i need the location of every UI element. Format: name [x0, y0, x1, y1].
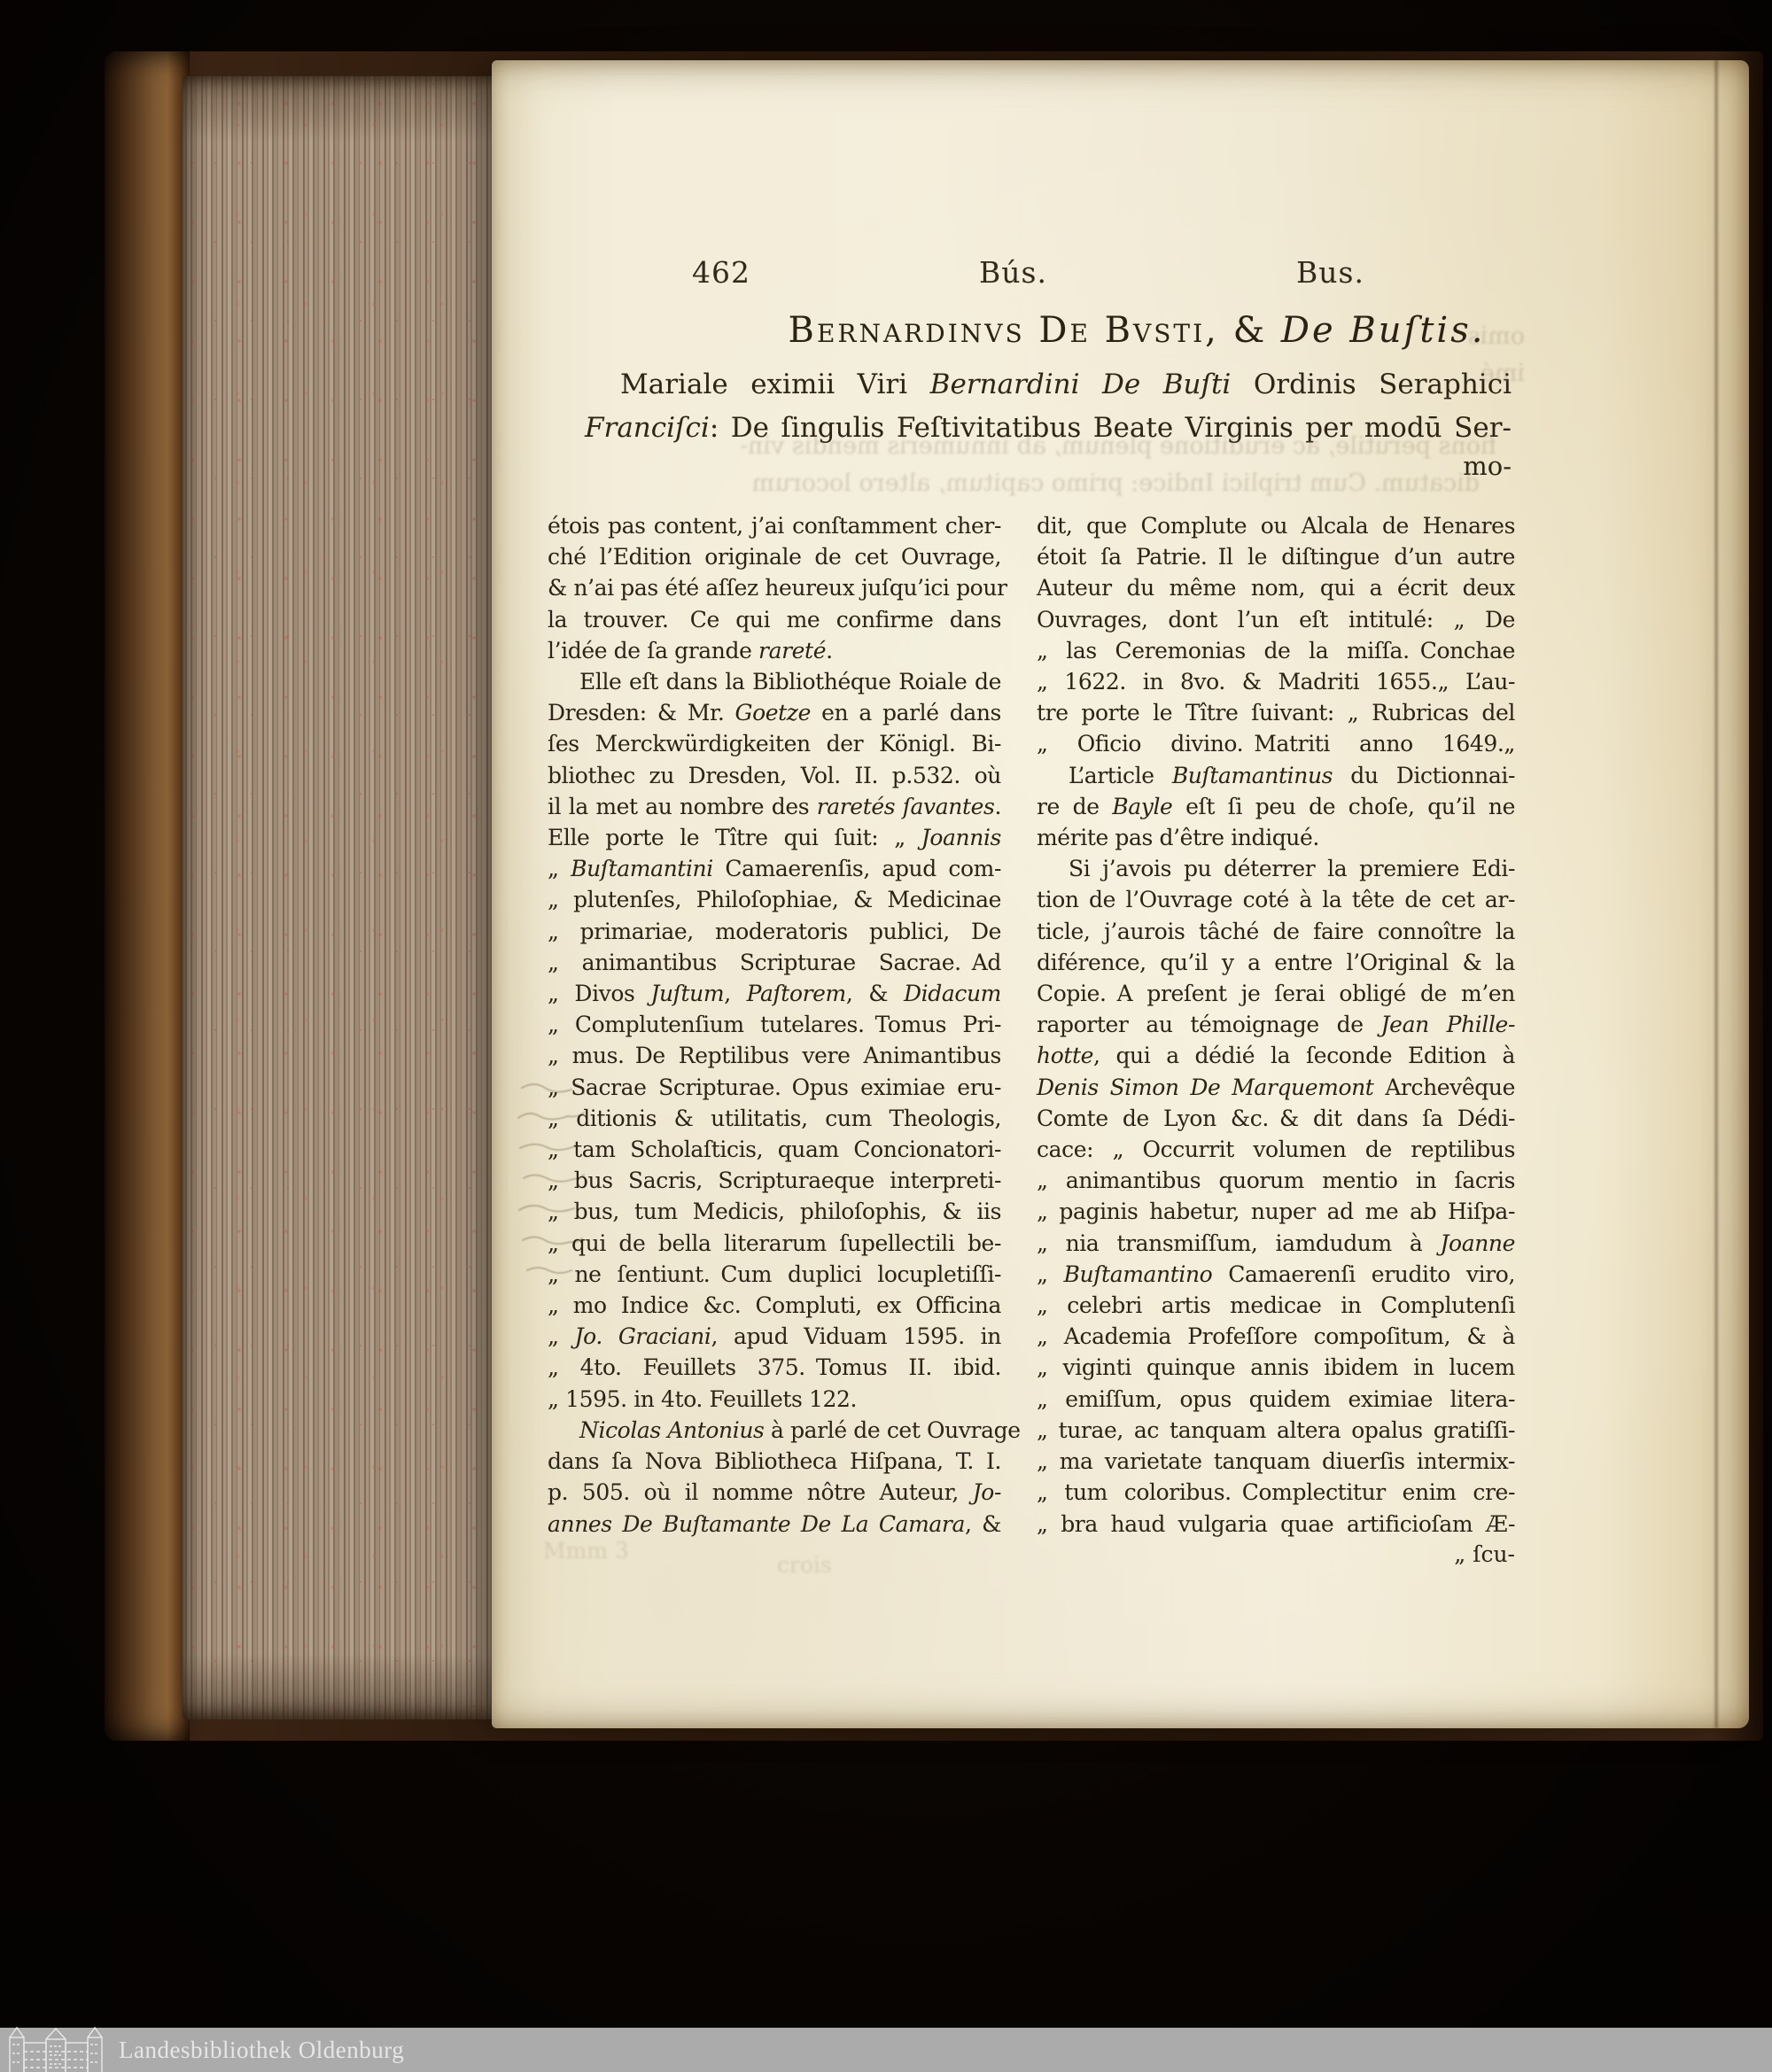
text-line: „ ma varietate tanquam diuerſis intermix…: [1037, 1446, 1515, 1477]
text-line: ſes Merckwürdigkeiten der Königl. Bi-: [548, 728, 1001, 759]
text-line: dit, que Complute ou Alcala de Henares: [1037, 510, 1515, 541]
text-segment: du Dictionnai-: [1333, 763, 1515, 788]
text-line: „ 4to. Feuillets 375. Tomus II. ibid.: [548, 1352, 1001, 1383]
catchword: „ ſcu-: [1037, 1541, 1515, 1567]
text-segment: cace: „ Occurrit volumen de reptilibus: [1037, 1137, 1515, 1162]
text-segment: bliothec zu Dresden, Vol. II. p.532. où: [548, 763, 1001, 788]
text-segment: tion de l’Ouvrage coté à la tête de cet …: [1037, 887, 1515, 912]
text-segment: hotte: [1037, 1043, 1093, 1068]
text-line: étois pas content, j’ai conſtamment cher…: [548, 510, 1001, 541]
text-segment: Copie. A preſent je ſerai obligé de m’en: [1037, 981, 1515, 1006]
text-line: „ nia transmiſſum, iamdudum à Joanne: [1037, 1228, 1515, 1259]
text-line: „ Sacrae Scripturae. Opus eximiae eru-: [548, 1072, 1001, 1103]
text-segment: Elle porte le Tître qui ſuit: „: [548, 825, 921, 850]
text-line: cace: „ Occurrit volumen de reptilibus: [1037, 1134, 1515, 1165]
text-segment: Paſtorem: [747, 981, 846, 1006]
text-segment: à parlé de cet Ouvrage: [764, 1417, 1020, 1443]
text-segment: étois pas content, j’ai conſtamment cher…: [548, 513, 1001, 539]
text-segment: „ mus. De Reptilibus vere Animantibus: [548, 1043, 1001, 1068]
photo-backdrop: 462 Bús. Bus. Bernardinvs De Bvsti, & De…: [0, 0, 1772, 2072]
text-segment: „ 1622. in 8vo. & Madriti 1655.„ L’au-: [1037, 669, 1515, 695]
page-number: 462: [692, 255, 750, 290]
text-segment: Auteur du même nom, qui a écrit deux: [1037, 575, 1515, 601]
text-line: Denis Simon De Marquemont Archevêque: [1037, 1072, 1515, 1103]
text-line: Comte de Lyon &c. & dit dans ſa Dédi-: [1037, 1103, 1515, 1134]
text-segment: „ tum coloribus. Complectitur enim cre-: [1037, 1479, 1515, 1505]
text-line: „ viginti quinque annis ibidem in lucem: [1037, 1352, 1515, 1383]
text-segment: Jo. Graciani: [575, 1323, 711, 1349]
text-line: „ plutenſes, Philoſophiae, & Medicinae: [548, 884, 1001, 915]
text-segment: , &: [846, 981, 904, 1006]
text-line: annes De Buſtamante De La Camara, &: [548, 1509, 1001, 1540]
text-line: Dresden: & Mr. Goetze en a parlé dans: [548, 697, 1001, 728]
text-line: „ bus, tum Medicis, philoſophis, & iis: [548, 1196, 1001, 1227]
text-segment: „ Complutenſium tutelares. Tomus Pri-: [548, 1012, 1001, 1037]
text-segment: Jo-: [973, 1479, 1001, 1505]
text-line: raporter au témoignage de Jean Phille-: [1037, 1009, 1515, 1040]
text-line: p. 505. où il nomme nôtre Auteur, Jo-: [548, 1477, 1001, 1508]
text-line: étoit ſa Patrie. Il le diſtingue d’un au…: [1037, 541, 1515, 572]
text-segment: „ Oficio divino. Matriti anno 1649.„: [1037, 731, 1515, 757]
running-head-left: Bús.: [979, 255, 1047, 290]
text-line: Elle porte le Tître qui ſuit: „ Joannis: [548, 822, 1001, 853]
text-line: „ primariae, moderatoris publici, De: [548, 916, 1001, 947]
text-line: „ Buſtamantini Camaerenſis, apud com-: [548, 853, 1001, 884]
text-line: Copie. A preſent je ſerai obligé de m’en: [1037, 978, 1515, 1009]
showthrough-text: Mmm 3: [543, 1538, 694, 1564]
text-segment: Jean Phille-: [1381, 1012, 1515, 1037]
text-segment: „ bus, tum Medicis, philoſophis, & iis: [548, 1199, 1001, 1224]
text-segment: „ animantibus Scripturae Sacrae. Ad: [548, 950, 1001, 975]
text-segment: „ las Ceremonias de la miſſa. Conchae: [1037, 638, 1515, 664]
running-head-right: Bus.: [1296, 255, 1364, 290]
text-segment: „ tam Scholaſticis, quam Concionatori-: [548, 1137, 1001, 1162]
text-segment: rareté: [758, 638, 826, 664]
text-segment: „ ma varietate tanquam diuerſis intermix…: [1037, 1448, 1515, 1474]
showthrough-text: fions perutile, ac eruditione plenum, ab…: [556, 432, 1496, 460]
text-segment: ché l’Edition originale de cet Ouvrage,: [548, 544, 1001, 570]
text-segment: „ mo Indice &c. Compluti, ex Officina: [548, 1292, 1001, 1318]
text-segment: tre porte le Tître ſuivant: „ Rubricas d…: [1037, 700, 1515, 726]
text-line: „ 1595. in 4to. Feuillets 122.: [548, 1384, 1001, 1415]
text-segment: „: [548, 1323, 575, 1349]
text-segment: L’article: [1069, 763, 1172, 788]
text-line: „ ditionis & utilitatis, cum Theologis,: [548, 1103, 1001, 1134]
text-segment: re de: [1037, 794, 1112, 819]
text-segment: Goetze: [735, 700, 811, 726]
book-page: 462 Bús. Bus. Bernardinvs De Bvsti, & De…: [492, 60, 1749, 1728]
text-line: L’article Buſtamantinus du Dictionnai-: [1037, 760, 1515, 791]
text-segment: Comte de Lyon &c. & dit dans ſa Dédi-: [1037, 1106, 1515, 1131]
text-segment: , qui a dédié la ſeconde Edition à: [1093, 1043, 1515, 1068]
text-segment: „: [1037, 1261, 1064, 1287]
text-segment: diférence, qu’il y a entre l’Original & …: [1037, 950, 1515, 975]
text-line: l’idée de ſa grande rareté.: [548, 635, 1001, 666]
text-line: „ Divos Juſtum, Paſtorem, & Didacum: [548, 978, 1001, 1009]
text-line: „ Oficio divino. Matriti anno 1649.„: [1037, 728, 1515, 759]
text-line: la trouver. Ce qui me confirme dans: [548, 604, 1001, 635]
text-segment: „ plutenſes, Philoſophiae, & Medicinae: [548, 887, 1001, 912]
text-segment: „ viginti quinque annis ibidem in lucem: [1037, 1354, 1515, 1380]
text-line: Ouvrages, dont l’un eſt intitulé: „ De: [1037, 604, 1515, 635]
text-line: „ tum coloribus. Complectitur enim cre-: [1037, 1477, 1515, 1508]
text-segment: eſt ſi peu de choſe, qu’il ne: [1172, 794, 1515, 819]
text-segment: Juſtum: [650, 981, 724, 1006]
text-segment: & n’ai pas été aſſez heureux juſqu’ici p…: [548, 575, 1007, 601]
text-segment: Ouvrages, dont l’un eſt intitulé: „ De: [1037, 607, 1515, 632]
text-line: „ Jo. Graciani, apud Viduam 1595. in: [548, 1321, 1001, 1352]
text-segment: „ celebri artis medicae in Complutenſi: [1037, 1292, 1515, 1318]
text-line: „ animantibus Scripturae Sacrae. Ad: [548, 947, 1001, 978]
text-segment: „ animantibus quorum mentio in ſacris: [1037, 1168, 1515, 1193]
text-column-left: étois pas content, j’ai conſtamment cher…: [548, 510, 1001, 1540]
text-segment: , &: [965, 1511, 1001, 1537]
text-segment: Mariale eximii Viri: [620, 369, 930, 400]
showthrough-text: crois: [777, 1552, 866, 1578]
text-segment: raretés ſavantes: [817, 794, 995, 819]
text-segment: il la met au nombre des: [548, 794, 817, 819]
text-line: „ ne ſentiunt. Cum duplici locupletiſſi-: [548, 1259, 1001, 1290]
text-segment: „ Divos: [548, 981, 650, 1006]
text-segment: Archevêque: [1373, 1075, 1515, 1100]
text-segment: Camaerenſi erudito viro,: [1212, 1261, 1515, 1287]
text-line: bliothec zu Dresden, Vol. II. p.532. où: [548, 760, 1001, 791]
text-segment: „ emiſſum, opus quidem eximiae litera-: [1037, 1386, 1515, 1412]
text-segment: „ paginis habetur, nuper ad me ab Hiſpa-: [1037, 1199, 1515, 1224]
text-segment: Joanne: [1440, 1230, 1515, 1256]
text-segment: Bernardinvs De Bvsti, &: [789, 310, 1281, 351]
watermark-label: Landesbibliothek Oldenburg: [119, 2037, 404, 2064]
text-segment: étoit ſa Patrie. Il le diſtingue d’un au…: [1037, 544, 1515, 570]
text-line: tre porte le Tître ſuivant: „ Rubricas d…: [1037, 697, 1515, 728]
text-line: Elle eſt dans la Bibliothéque Roiale de: [548, 666, 1001, 697]
text-segment: raporter au témoignage de: [1037, 1012, 1381, 1037]
text-line: Nicolas Antonius à parlé de cet Ouvrage: [548, 1415, 1001, 1446]
text-segment: ,: [724, 981, 746, 1006]
text-segment: l’idée de ſa grande: [548, 638, 758, 664]
text-line: „ tam Scholaſticis, quam Concionatori-: [548, 1134, 1001, 1165]
text-segment: Elle eſt dans la Bibliothéque Roiale de: [579, 669, 1001, 695]
text-line: „ qui de bella literarum ſupellectili be…: [548, 1228, 1001, 1259]
text-line: diférence, qu’il y a entre l’Original & …: [1037, 947, 1515, 978]
text-segment: Dresden: & Mr.: [548, 700, 735, 726]
text-line: tion de l’Ouvrage coté à la tête de cet …: [1037, 884, 1515, 915]
text-segment: „ 4to. Feuillets 375. Tomus II. ibid.: [548, 1354, 1001, 1380]
text-segment: dit, que Complute ou Alcala de Henares: [1037, 513, 1515, 539]
text-line: il la met au nombre des raretés ſavantes…: [548, 791, 1001, 822]
text-segment: „ qui de bella literarum ſupellectili be…: [548, 1230, 1001, 1256]
text-segment: „ Sacrae Scripturae. Opus eximiae eru-: [548, 1075, 1001, 1100]
text-line: „ Buſtamantino Camaerenſi erudito viro,: [1037, 1259, 1515, 1290]
text-segment: dans ſa Nova Bibliotheca Hiſpana, T. I.: [548, 1448, 1001, 1474]
text-line: Auteur du même nom, qui a écrit deux: [1037, 572, 1515, 603]
text-line: „ bra haud vulgaria quae artificioſam Æ-: [1037, 1509, 1515, 1540]
page-block-fore-edge: [183, 76, 521, 1719]
text-segment: „ Academia Profeſſore compoſitum, & à: [1037, 1323, 1515, 1349]
book-spine: [105, 51, 190, 1741]
showthrough-text: omis: [1418, 322, 1525, 350]
text-line: „ Academia Profeſſore compoſitum, & à: [1037, 1321, 1515, 1352]
text-segment: Buſtamantinus: [1172, 763, 1333, 788]
text-segment: .: [826, 638, 833, 664]
text-line: „ turae, ac tanquam altera opalus gratiſ…: [1037, 1415, 1515, 1446]
text-segment: „ 1595. in 4to. Feuillets 122.: [548, 1386, 857, 1412]
text-segment: „ bra haud vulgaria quae artificioſam Æ-: [1037, 1511, 1515, 1537]
showthrough-text: dicatum. Cum triplici Indice: primo capi…: [576, 469, 1480, 497]
text-line: „ las Ceremonias de la miſſa. Conchae: [1037, 635, 1515, 666]
text-segment: Buſtamantini: [571, 856, 713, 881]
book: 462 Bús. Bus. Bernardinvs De Bvsti, & De…: [105, 51, 1763, 1741]
text-line: ticle, j’aurois tâché de faire connoître…: [1037, 916, 1515, 947]
text-line: „ paginis habetur, nuper ad me ab Hiſpa-: [1037, 1196, 1515, 1227]
text-segment: annes De Buſtamante De La Camara: [548, 1511, 965, 1537]
text-segment: Camaerenſis, apud com-: [713, 856, 1001, 881]
text-segment: „ bus Sacris, Scripturaeque interpreti-: [548, 1168, 1001, 1193]
text-segment: p. 505. où il nomme nôtre Auteur,: [548, 1479, 973, 1505]
text-line: hotte, qui a dédié la ſeconde Edition à: [1037, 1040, 1515, 1071]
text-column-right: dit, que Complute ou Alcala de Henaresét…: [1037, 510, 1515, 1540]
text-segment: mérite pas d’être indiqué.: [1037, 825, 1319, 850]
text-segment: la trouver. Ce qui me confirme dans: [548, 607, 1001, 632]
text-segment: Joannis: [921, 825, 1001, 850]
text-segment: „ nia transmiſſum, iamdudum à: [1037, 1230, 1440, 1256]
text-segment: Didacum: [904, 981, 1001, 1006]
text-segment: Si j’avois pu déterrer la premiere Edi-: [1069, 856, 1515, 881]
text-line: „ mus. De Reptilibus vere Animantibus: [548, 1040, 1001, 1071]
text-line: ché l’Edition originale de cet Ouvrage,: [548, 541, 1001, 572]
library-building-logo: [7, 2022, 105, 2072]
text-segment: en a parlé dans: [811, 700, 1001, 726]
text-line: „ bus Sacris, Scripturaeque interpreti-: [548, 1165, 1001, 1196]
text-segment: Denis Simon De Marquemont: [1037, 1075, 1373, 1100]
text-segment: ſes Merckwürdigkeiten der Königl. Bi-: [548, 731, 1001, 757]
text-line: dans ſa Nova Bibliotheca Hiſpana, T. I.: [548, 1446, 1001, 1477]
text-segment: .: [994, 794, 1001, 819]
text-segment: „: [548, 856, 571, 881]
text-line: „ emiſſum, opus quidem eximiae litera-: [1037, 1384, 1515, 1415]
text-line: „ animantibus quorum mentio in ſacris: [1037, 1165, 1515, 1196]
article-subtitle-line1: Mariale eximii Viri Bernardini De Buſti …: [549, 369, 1512, 400]
text-segment: , apud Viduam 1595. in: [711, 1323, 1001, 1349]
text-segment: „ ne ſentiunt. Cum duplici locupletiſſi-: [548, 1261, 1001, 1287]
text-segment: „ turae, ac tanquam altera opalus gratiſ…: [1037, 1417, 1515, 1443]
text-segment: Bayle: [1112, 794, 1172, 819]
showthrough-text: imé: [1427, 360, 1525, 387]
watermark-band: Landesbibliothek Oldenburg: [0, 2028, 1772, 2072]
text-segment: Buſtamantino: [1064, 1261, 1213, 1287]
text-segment: Nicolas Antonius: [579, 1417, 764, 1443]
text-line: mérite pas d’être indiqué.: [1037, 822, 1515, 853]
text-line: „ celebri artis medicae in Complutenſi: [1037, 1290, 1515, 1321]
text-segment: „ ditionis & utilitatis, cum Theologis,: [548, 1106, 1001, 1131]
text-line: & n’ai pas été aſſez heureux juſqu’ici p…: [548, 572, 1001, 603]
text-line: „ Complutenſium tutelares. Tomus Pri-: [548, 1009, 1001, 1040]
text-line: Si j’avois pu déterrer la premiere Edi-: [1037, 853, 1515, 884]
text-segment: Bernardini De Buſti: [930, 369, 1232, 400]
text-segment: ticle, j’aurois tâché de faire connoître…: [1037, 919, 1515, 944]
text-segment: „ primariae, moderatoris publici, De: [548, 919, 1001, 944]
text-line: „ 1622. in 8vo. & Madriti 1655.„ L’au-: [1037, 666, 1515, 697]
text-line: „ mo Indice &c. Compluti, ex Officina: [548, 1290, 1001, 1321]
text-line: re de Bayle eſt ſi peu de choſe, qu’il n…: [1037, 791, 1515, 822]
